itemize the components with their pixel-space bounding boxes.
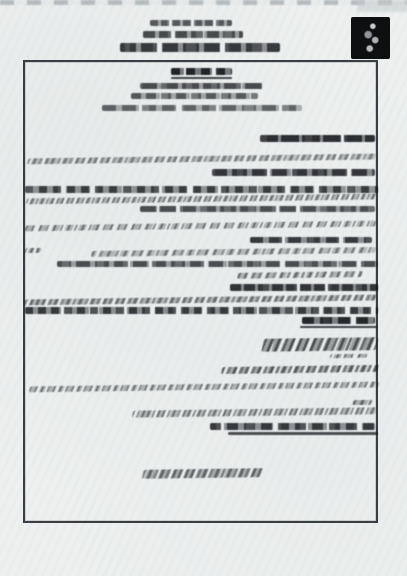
letterhead-line-3 bbox=[120, 43, 280, 52]
header-line-2 bbox=[131, 93, 258, 99]
body-line-13 bbox=[25, 307, 378, 314]
date-ref-line bbox=[260, 135, 375, 142]
letterhead-line-1 bbox=[150, 20, 232, 26]
closing-phrase bbox=[302, 317, 375, 324]
body-line-7 bbox=[250, 237, 372, 243]
footer-date-line bbox=[142, 468, 264, 479]
body-line-2 bbox=[212, 169, 375, 176]
signature-caption bbox=[329, 354, 367, 359]
signature-script bbox=[261, 337, 378, 352]
body-line-3 bbox=[25, 186, 378, 193]
title-underline bbox=[171, 77, 232, 79]
letterhead-line-2 bbox=[143, 31, 243, 38]
body-line-8a bbox=[24, 248, 41, 253]
header-line-3 bbox=[102, 105, 302, 111]
closing-underline bbox=[300, 326, 377, 328]
document-title bbox=[171, 68, 232, 75]
letter-border-frame bbox=[23, 60, 378, 523]
scan-corner-smudge bbox=[357, 0, 407, 12]
body-line-9 bbox=[57, 261, 378, 267]
scanned-letter-page bbox=[0, 0, 407, 576]
body-line-11 bbox=[230, 284, 378, 291]
cc-underline bbox=[228, 432, 378, 435]
cc-line-3 bbox=[210, 423, 375, 430]
cc-note-small bbox=[352, 400, 372, 405]
scan-edge-artifact bbox=[0, 0, 407, 5]
state-emblem-icon bbox=[351, 17, 390, 59]
header-line-1 bbox=[140, 83, 263, 89]
body-line-5 bbox=[140, 206, 375, 212]
